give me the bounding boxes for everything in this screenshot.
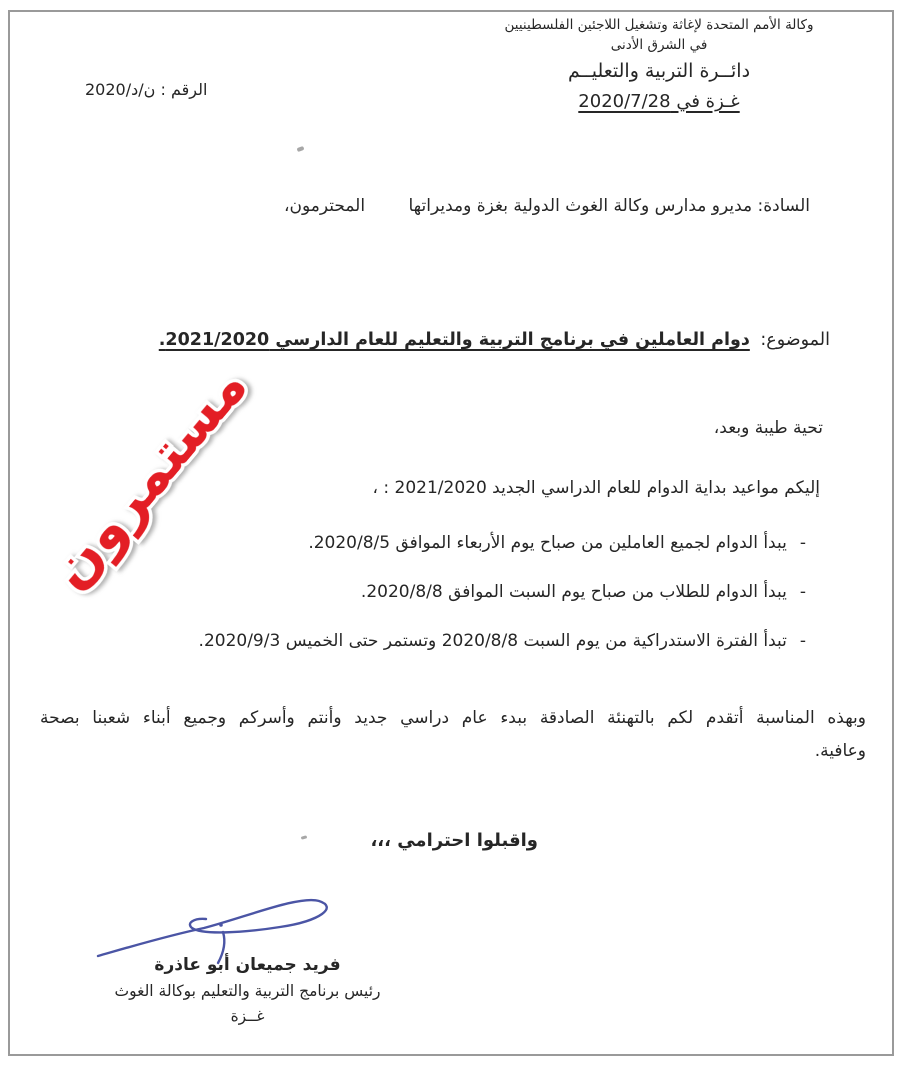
subject-line: الموضوع: دوام العاملين في برنامج التربية…: [159, 330, 830, 350]
addressee-honorific: المحترمون،: [284, 196, 365, 216]
signatory-title: رئيس برنامج التربية والتعليم بوكالة الغو…: [75, 982, 420, 1000]
schedule-item-text: يبدأ الدوام لجميع العاملين من صباح يوم ا…: [308, 533, 787, 553]
greeting-line: تحية طيبة وبعد،: [714, 418, 823, 438]
bullet-dash: -: [800, 631, 806, 651]
signatory-name: فريد جميعان أبو عاذرة: [75, 955, 420, 975]
signatory-location: غــزة: [75, 1007, 420, 1025]
reference-number: الرقم : ن/د/2020: [85, 80, 207, 99]
city-date-line: غـزة في 2020/7/28: [578, 89, 739, 115]
schedule-item-text: تبدأ الفترة الاستدراكية من يوم السبت 202…: [199, 631, 787, 651]
subject-label: الموضوع:: [760, 330, 830, 350]
schedule-list: - يبدأ الدوام لجميع العاملين من صباح يوم…: [60, 533, 806, 680]
schedule-item: - تبدأ الفترة الاستدراكية من يوم السبت 2…: [60, 631, 806, 651]
org-name-line2: في الشرق الأدنى: [424, 36, 894, 56]
signature-block: فريد جميعان أبو عاذرة رئيس برنامج التربي…: [75, 955, 420, 1025]
addressee-text: السادة: مديرو مدارس وكالة الغوث الدولية …: [408, 196, 810, 216]
addressee-line: السادة: مديرو مدارس وكالة الغوث الدولية …: [284, 196, 810, 216]
closing-line1: وبهذه المناسبة أتقدم لكم بالتهنئة الصادق…: [40, 708, 866, 728]
closing-line2: وعافية.: [40, 741, 866, 761]
closing-paragraph: وبهذه المناسبة أتقدم لكم بالتهنئة الصادق…: [40, 708, 866, 761]
department-name: دائــرة التربية والتعليــم: [424, 58, 894, 86]
schedule-item: - يبدأ الدوام لجميع العاملين من صباح يوم…: [60, 533, 806, 553]
subject-text: دوام العاملين في برنامج التربية والتعليم…: [159, 330, 750, 350]
bullet-dash: -: [800, 533, 806, 553]
bullet-dash: -: [800, 582, 806, 602]
schedule-item-text: يبدأ الدوام للطلاب من صباح يوم السبت الم…: [361, 582, 787, 602]
intro-line: إليكم مواعيد بداية الدوام للعام الدراسي …: [372, 478, 820, 498]
schedule-item: - يبدأ الدوام للطلاب من صباح يوم السبت ا…: [60, 582, 806, 602]
org-name-line1: وكالة الأمم المتحدة لإغاثة وتشغيل اللاجئ…: [424, 16, 894, 36]
letterhead: وكالة الأمم المتحدة لإغاثة وتشغيل اللاجئ…: [424, 16, 894, 115]
salutation-line: واقبلوا احترامي ،،،: [370, 830, 538, 851]
